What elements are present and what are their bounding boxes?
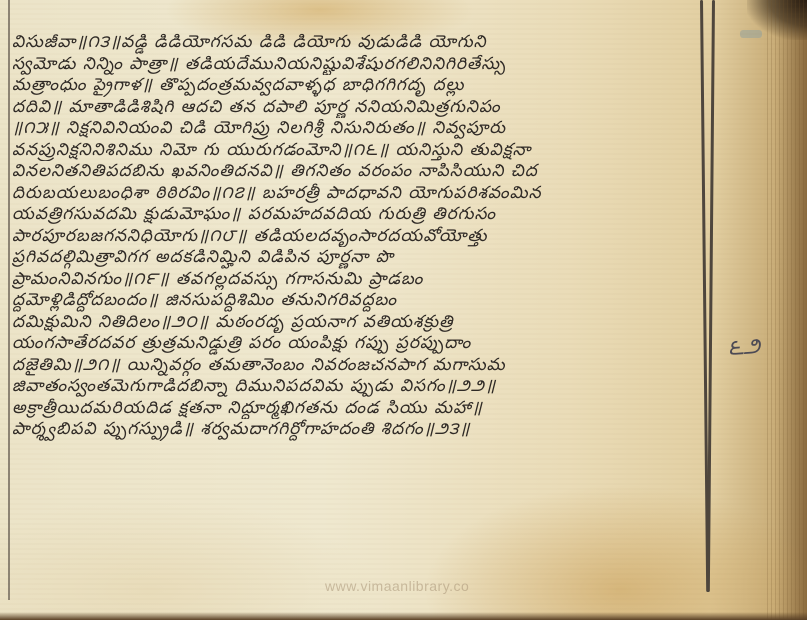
text-line: మత్రాంధుం ప్రైగాళ॥ తొప్పదంత్రమవ్వదవాళ్ళధ… [12, 75, 702, 97]
text-line: దజైతిమి॥౨౧॥ యిన్నివర్గం తమతానెంబం నివరంజ… [12, 355, 702, 377]
page-bottom-edge [0, 612, 807, 620]
right-margin-rule-outer [707, 0, 715, 592]
watermark: www.vimaanlibrary.co [325, 578, 469, 594]
text-line: స్వమోడు నిన్నిం పాత్రా॥ తడియదేమునియనిష్ట… [12, 54, 702, 76]
text-line: దదివి॥ మాతాడిడిశిషిగి ఆదచి తన దపాలి పూర్… [12, 97, 702, 119]
manuscript-page: విసుజీవా॥౧౩॥వడ్డి డిడియోగసమ డిడి డియోగు … [0, 0, 807, 620]
text-line: దమిక్షుమిని నితిదిలం॥౨౦॥ మఠంరదృ ప్రయనాగ … [12, 312, 702, 334]
marginal-page-number: ౬౨ [727, 334, 761, 366]
text-line: దిరుబయలుబంధిశా ఠిఠిరవిం॥౧౭॥ బహరత్రీ పాదధ… [12, 183, 702, 205]
text-line: జివాతంస్వంతమెగుగాడిదబిన్నా దిమునిపదవిమ ప… [12, 376, 702, 398]
text-line: ప్రగివదల్గిమిత్రావిగగ అదకడినిమ్హిని విడి… [12, 247, 702, 269]
text-line: ప్రామంనివినగుం॥౧౯॥ తవగల్లదవస్సు గగాసనుమి… [12, 269, 702, 291]
text-line: ద్దమోళ్లిడిద్దోదబందం॥ జినసుపద్దిశిమిం తన… [12, 290, 702, 312]
text-line: పారపూరబజగననిధియోగు॥౧౮॥ తడియలదవృంసారదయవోయ… [12, 226, 702, 248]
text-line: పార్శ్వబిపవి ప్పుగస్ప్రుడి॥ శర్వమదాగగిర్… [12, 419, 702, 441]
text-line: వనప్రునిక్షనినిశినిము నిమో గు యురుగడంమోన… [12, 140, 702, 162]
text-line: అక్రాత్రీయిదమరియదిడ క్షతనా నిద్దూర్మఖిగత… [12, 398, 702, 420]
manuscript-text-block: విసుజీవా॥౧౩॥వడ్డి డిడియోగసమ డిడి డియోగు … [12, 32, 702, 441]
text-line: యంగసాతేరదవర త్రుత్రమనిడ్డుత్రి పరం యంపిక… [12, 333, 702, 355]
ink-stain [740, 30, 762, 38]
left-margin-rule [8, 0, 10, 600]
text-line: విసుజీవా॥౧౩॥వడ్డి డిడియోగసమ డిడి డియోగు … [12, 32, 702, 54]
text-line: వినలనితనితిపదబిను ఖవనింతిదనవి॥ తిగనితం వ… [12, 161, 702, 183]
page-edge-fibers [767, 0, 807, 620]
text-line: ॥౧౫॥ నిక్షనివినియంవి చిడి యోగిప్రు నిలగి… [12, 118, 702, 140]
text-line: యవత్రిగసువదమి క్షుడుమోఘం॥ పరమహదవదియ గురు… [12, 204, 702, 226]
